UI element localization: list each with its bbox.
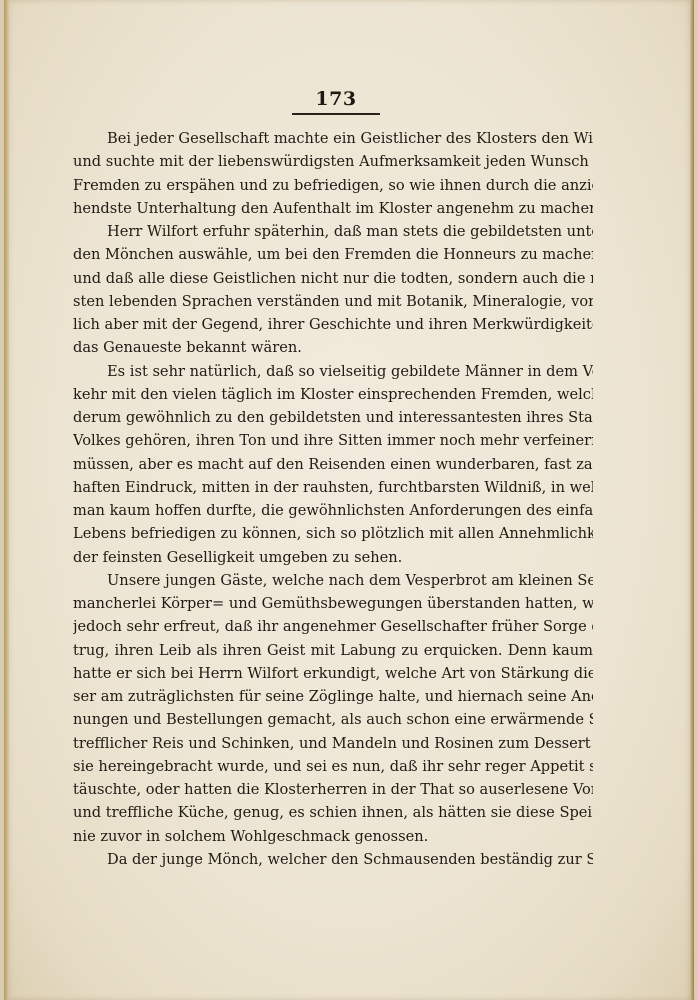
- text-line: und suchte mit der liebenswürdigsten Auf…: [73, 150, 593, 173]
- text-line: nungen und Bestellungen gemacht, als auc…: [73, 708, 593, 731]
- text-line: jedoch sehr erfreut, daß ihr angenehmer …: [73, 615, 593, 638]
- text-line: haften Eindruck, mitten in der rauhsten,…: [73, 476, 593, 499]
- text-line: Bei jeder Gesellschaft machte ein Geistl…: [73, 127, 593, 150]
- text-line: lich aber mit der Gegend, ihrer Geschich…: [73, 313, 593, 336]
- text-line: Unsere jungen Gäste, welche nach dem Ves…: [73, 569, 593, 592]
- text-line: sten lebenden Sprachen verständen und mi…: [73, 290, 593, 313]
- text-line: täuschte, oder hatten die Klosterherren …: [73, 778, 593, 801]
- text-line: Herr Wilfort erfuhr späterhin, daß man s…: [73, 220, 593, 243]
- text-line: und daß alle diese Geistlichen nicht nur…: [73, 267, 593, 290]
- text-line: und treffliche Küche, genug, es schien i…: [73, 801, 593, 824]
- header-rule: [292, 113, 380, 115]
- book-page: 173 Bei jeder Gesellschaft machte ein Ge…: [4, 0, 694, 1000]
- text-line: das Genaueste bekannt wären.: [73, 336, 593, 359]
- text-line: man kaum hoffen durfte, die gewöhnlichst…: [73, 499, 593, 522]
- text-line: Es ist sehr natürlich, daß so vielseitig…: [73, 360, 593, 383]
- text-line: derum gewöhnlich zu den gebildetsten und…: [73, 406, 593, 429]
- text-line: ser am zuträglichsten für seine Zöglinge…: [73, 685, 593, 708]
- page-right-edge: [690, 0, 694, 1000]
- paragraph: Unsere jungen Gäste, welche nach dem Ves…: [73, 569, 593, 848]
- text-line: hatte er sich bei Herrn Wilfort erkundig…: [73, 662, 593, 685]
- paragraph: Da der junge Mönch, welcher den Schmause…: [73, 848, 593, 871]
- page-number: 173: [292, 88, 380, 110]
- text-line: sie hereingebracht wurde, und sei es nun…: [73, 755, 593, 778]
- page-header: 173: [292, 88, 380, 115]
- paragraph: Es ist sehr natürlich, daß so vielseitig…: [73, 360, 593, 569]
- text-line: den Mönchen auswähle, um bei den Fremden…: [73, 243, 593, 266]
- text-line: der feinsten Geselligkeit umgeben zu seh…: [73, 546, 593, 569]
- text-line: nie zuvor in solchem Wohlgeschmack genos…: [73, 825, 593, 848]
- text-line: mancherlei Körper= und Gemüthsbewegungen…: [73, 592, 593, 615]
- page-left-edge: [4, 0, 9, 1000]
- text-line: Fremden zu erspähen und zu befriedigen, …: [73, 174, 593, 197]
- text-line: trug, ihren Leib als ihren Geist mit Lab…: [73, 639, 593, 662]
- text-line: Volkes gehören, ihren Ton und ihre Sitte…: [73, 429, 593, 452]
- paragraph: Herr Wilfort erfuhr späterhin, daß man s…: [73, 220, 593, 360]
- text-line: Da der junge Mönch, welcher den Schmause…: [73, 848, 593, 871]
- text-line: trefflicher Reis und Schinken, und Mande…: [73, 732, 593, 755]
- text-line: kehr mit den vielen täglich im Kloster e…: [73, 383, 593, 406]
- body-text: Bei jeder Gesellschaft machte ein Geistl…: [73, 127, 593, 871]
- text-line: müssen, aber es macht auf den Reisenden …: [73, 453, 593, 476]
- paragraph: Bei jeder Gesellschaft machte ein Geistl…: [73, 127, 593, 220]
- text-line: Lebens befriedigen zu können, sich so pl…: [73, 522, 593, 545]
- text-line: hendste Unterhaltung den Aufenthalt im K…: [73, 197, 593, 220]
